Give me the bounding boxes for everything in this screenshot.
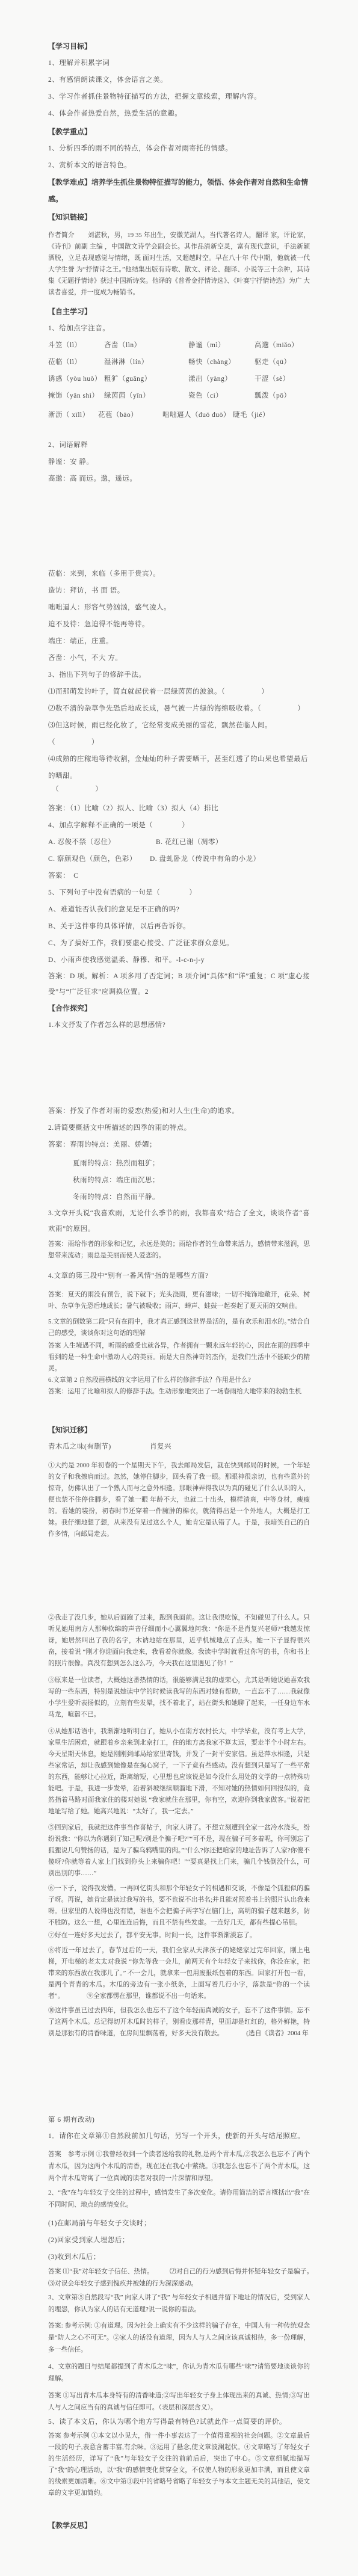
transfer-answer-3: 答案: 参考示例: ①有道理。因为社会上确实有不少这样的骗子存在，中国人有一种传… xyxy=(48,2320,310,2356)
pinyin-row-1-col-3: 静谧（mì） xyxy=(188,337,255,354)
heading-knowledge-transfer: 【知识迁移】 xyxy=(48,1422,310,1438)
passage-paragraph-7: ⑦好在一连好多天过去了，都平安无事。时间一长，这件事渐渐淡忘了。 xyxy=(48,1930,310,1941)
inquiry-answer-3: 答案：雨给作者的形象和记忆，永远是美的；雨给作者的生命带来活力，感情带来滋润，思… xyxy=(48,1239,310,1262)
question-5-option-c: C、为了搞好工作，我们要虚心接受、广泛征求群众意见。 xyxy=(48,935,310,952)
question-5-answer: 答案：D 项。解析：A 项多用了否定词；B 项介词“具体”和“详”重复；C 项“… xyxy=(48,969,310,1000)
passage-title-line-col-2: 肖复兴 xyxy=(150,1438,310,1455)
transfer-question-3: 3、文章第⑤自然段写“我” 向家人讲了“我” 与年轻女子相遇并留下地址的情况后，… xyxy=(48,2291,310,2316)
teaching-key-point-item-1: 1、分析四季的雨不同的特点，体会作者对雨寄托的情感。 xyxy=(48,140,310,157)
transfer-question-4: 4、文章的题目与结尾都提到了青木瓜之“味”，你认为青木瓜有哪些“味”?请简要地谈… xyxy=(48,2361,310,2385)
learning-goal-item-2: 2、有感情朗读课文，体会语言之美。 xyxy=(48,72,310,88)
rhetoric-sentence-4: ⑷成熟的庄稼地等待收割，金灿灿的种子需要晒干，甚至红透了的山果也希望最后的晒甜。 xyxy=(48,751,310,784)
pinyin-row-1-col-4: 高邈（miǎo） xyxy=(255,337,310,354)
pinyin-row-4-col-4: 瓢泼（pō） xyxy=(255,387,310,404)
pinyin-row-2-col-2: 湿淋淋（lín） xyxy=(104,354,188,371)
question-5-option-a: A、难道能否认我们的意见是不正确的吗? xyxy=(48,901,310,918)
pinyin-row-5-col-2: 花苞（bāo） xyxy=(98,407,162,424)
inquiry-question-4: 4.文章的第三段中“别有一番风情”指的是哪些方面? xyxy=(48,1268,310,1284)
question-4-options-ab-col-1: A. 忍俊不禁（忍住） xyxy=(48,834,156,851)
transfer-question-1: 1．请你在文章第①自然段前加几句话，另写一个开头，使新的开头与结尾照应。 xyxy=(48,2128,310,2144)
inquiry-answer-2-autumn: 秋雨的特点：端庄而沉思； xyxy=(48,1172,310,1189)
teaching-key-point-item-2: 2、赏析本文的语言特色。 xyxy=(48,157,310,174)
question-4-options-cd-col-2: D. 盘虬卧龙（传说中有角的小龙） xyxy=(150,851,310,867)
transfer-question-5: 5、读了本文后，你认为哪个地方写得最有特色?试就此作一点简要的评价。 xyxy=(48,2414,310,2430)
learning-goal-item-4: 4、体会作者热爱自然，热爱生活的意趣。 xyxy=(48,105,310,122)
pinyin-row-2-col-3: 畅快（chàng） xyxy=(188,354,255,371)
transfer-answer-4: 答案 ①写出青木瓜本身特有的清香味道;②写出年轻女子身上体现出来的真诚、热情;③… xyxy=(48,2390,310,2414)
question-4-options-cd: C. 察颜观色（颜色，色彩）D. 盘虬卧龙（传说中有角的小龙） xyxy=(48,851,310,867)
heading-self-study: 【自主学习】 xyxy=(48,303,310,320)
pinyin-row-4-col-3: 瓷色（cí） xyxy=(188,387,255,404)
inquiry-answer-6: 答案：运用了比喻和拟人的修辞手法。生动形象地突出了一场春雨给大地带来的勃勃生机 xyxy=(48,1386,310,1397)
question-5-option-b: B、关于这件事的具体详情，以后再告诉你。 xyxy=(48,918,310,935)
rhetoric-sentence-1: ⑴而那萌发的叶子，简直就起伏着一层绿茵茵的波浪。（ ） xyxy=(48,683,310,700)
passage-title-line-col-1: 青木瓜之味(有删节) xyxy=(48,1438,150,1455)
pinyin-row-2: 莅临（lì）湿淋淋（lín）畅快（chàng）驱走（qū） xyxy=(48,354,310,371)
transfer-question-2-sub-1: (1)在邮局前与年轻女子交谈时； xyxy=(48,2215,310,2232)
question-4-title: 4、加点字解释不正确的一项是（ ） xyxy=(48,817,310,834)
pinyin-row-4-col-2: 绿茵茵（yīn） xyxy=(104,387,188,404)
rhetoric-sentence-2: ⑵数不清的杂草争先恐后地成长成，暑气被一片绿的海绵吸收着。（ ） xyxy=(48,700,310,717)
definition-duoduobiren: 咄咄逼人：形容气势汹汹，盛气凌人。 xyxy=(48,599,310,616)
learning-goal-item-3: 3、学习作者抓住景物特征描写的方法，把握文章线索，理解内容。 xyxy=(48,88,310,105)
rhetoric-sentence-3: ⑶但这时候，雨已经化妆了，它经常变成美丽的雪花，飘然莅临人间。（ ） xyxy=(48,717,310,751)
task-3-rhetoric-title: 3、指出下列句子的修辞手法。 xyxy=(48,667,310,683)
pinyin-row-1: 斗笠（lì）吝啬（lìn）静谧（mì）高邈（miǎo） xyxy=(48,337,310,354)
heading-knowledge-link: 【知识链接】 xyxy=(48,209,310,226)
definition-linse: 吝啬：小气，不大 方。 xyxy=(48,650,310,667)
pinyin-row-4-col-1: 掩饰（yǎn shì） xyxy=(48,387,104,404)
author-intro-paragraph: 作者简介 刘湛秋，男，19 35 年出生，安徽芜湖人，当代著名诗人，翻译 家，评… xyxy=(48,230,310,298)
passage-paragraph-10: ⑩这件事虽已过去四年，但我怎么也忘不了这个年轻而真诚的女子，忘不了这件事情。忘不… xyxy=(48,2005,310,2039)
passage-paragraph-1: ①大约是 2000 年初春的一个星期天下午，我去邮局发信，就在快到邮局的时候，一… xyxy=(48,1460,310,1540)
transfer-answer-1: 答案 参考示例 ①我曾经收到一个读者送给我的礼物,是两个青木瓜,②我怎么也忘不了… xyxy=(48,2148,310,2184)
heading-cooperative-inquiry: 【合作探究】 xyxy=(48,1000,310,1017)
definition-pobujidai: 迫不及待：急迫得不能再等待。 xyxy=(48,616,310,633)
inquiry-answer-5: 答案 人生境遇不同，听雨的感受也就各异，作者拥有一颗永远年轻的心，因此在雨的四季… xyxy=(48,1340,310,1375)
passage-source-note: 第 6 期有改动) xyxy=(48,2112,310,2128)
pinyin-row-5-col-3: 咄咄逼人（duō duō） xyxy=(162,407,233,424)
question-4-options-cd-col-1: C. 察颜观色（颜色，色彩） xyxy=(48,851,150,867)
passage-title-line: 青木瓜之味(有删节)肖复兴 xyxy=(48,1438,310,1455)
transfer-question-2-sub-3: (3)收到木瓜后； xyxy=(48,2249,310,2266)
pinyin-row-1-col-1: 斗笠（lì） xyxy=(48,337,104,354)
inquiry-answer-2-summer: 夏雨的特点：热烈而粗犷； xyxy=(48,1155,310,1172)
question-4-options-ab: A. 忍俊不禁（忍住）B. 花红已谢（凋零） xyxy=(48,834,310,851)
pinyin-row-2-col-1: 莅临（lì） xyxy=(48,354,104,371)
inquiry-question-5: 5.文章的倒数第二段“只有在雨中，我才真正感到这世界是活的，是有欢乐和泪水的。”… xyxy=(48,1316,310,1339)
pinyin-row-1-col-2: 吝啬（lìn） xyxy=(104,337,188,354)
heading-learning-goals: 【学习目标】 xyxy=(48,38,310,55)
passage-paragraph-3: ③原来是一位读者，大概她这番热情的话，很能够满足我的虚荣心，尤其是听她说她喜欢我… xyxy=(48,1675,310,1721)
inquiry-question-1: 1.本文抒发了作者怎么样的思想感情? xyxy=(48,1017,310,1034)
inquiry-answer-2-spring: 答案：春雨的特点：美丽、娇媚； xyxy=(48,1136,310,1153)
pinyin-row-5-col-1: 淅沥（ xīlì） xyxy=(48,407,98,424)
transfer-answer-5: 答案 参考示例 ①本文以小见大，借一件小事表达了一个值得重视的社会问题。②文章最… xyxy=(48,2430,310,2499)
task-2-definitions-title: 2、词语解释 xyxy=(48,437,310,454)
inquiry-question-2: 2.请简要概括文中所描述的四季的雨的特点。 xyxy=(48,1120,310,1136)
question-5-option-d: D、小雨声使我感觉温柔、静穆、和平。-l-c-n-j-y xyxy=(48,952,310,969)
passage-paragraph-2: ②我走了没几步，她从后面跑了过来，跑到我面前。这让我很吃惊，不知碰见了什么人。只… xyxy=(48,1612,310,1669)
inquiry-answer-1: 答案：抒发了作者对雨的爱恋(热爱)和对人生(生命)的追求。 xyxy=(48,1103,310,1120)
definition-duanzhuang: 端庄：端正，庄重。 xyxy=(48,633,310,650)
question-5-title: 5、下列句子中没有语病的一句是（ ） xyxy=(48,884,310,901)
definition-zaofang: 造访：拜访，书 面 语。 xyxy=(48,582,310,599)
pinyin-row-4: 掩饰（yǎn shì）绿茵茵（yīn）瓷色（cí）瓢泼（pō） xyxy=(48,387,310,404)
pinyin-row-5-col-4: 睫毛（jié） xyxy=(233,407,310,424)
transfer-question-2-sub-2: (2)回家受到家人埋怨后； xyxy=(48,2232,310,2249)
learning-goal-item-1: 1、理解并积累字词 xyxy=(48,55,310,72)
definition-lilin: 莅临：来到，来临（多用于贵宾）。 xyxy=(48,565,310,582)
transfer-answer-2: 答案 ⑴“我”对年轻女子信任、热情。 ⑵对自己的行为感到后悔并怀疑年轻女子是骗子… xyxy=(48,2266,310,2290)
inquiry-answer-4: 答案：夏天的雨没有预告，说下就下；光头浇雨，更有滋味；一切不掩饰地敞开，花朵、树… xyxy=(48,1289,310,1312)
teaching-difficulty-line: 【教学难点】培养学生抓住景物特征描写的能力，领悟、体会作者对自然和生命情感。 xyxy=(48,174,310,208)
task-1-pinyin-title: 1、给加点字注音。 xyxy=(48,320,310,337)
pinyin-row-3-col-2: 粗犷（guǎng） xyxy=(104,371,188,387)
passage-paragraph-6: ⑥一下子，说得我发懵。一再回忆街头和那个年轻女子的相遇和交谈，不像是个狐狸似的骗… xyxy=(48,1883,310,1929)
inquiry-answer-2-winter: 冬雨的特点：自然而平静。 xyxy=(48,1189,310,1206)
document-page: 【学习目标】1、理解并积累字词2、有感情朗读课文，体会语言之美。3、学习作者抓住… xyxy=(0,0,358,2576)
passage-paragraph-8: ⑧将近一年过去了，春节过后的一天，我们全家从天津孩子的姥姥家过完年回家，刚上电梯… xyxy=(48,1945,310,2002)
question-4-answer: 答案： C xyxy=(48,867,310,884)
definition-jingmi: 静谧：安 静。 xyxy=(48,454,310,470)
pinyin-row-2-col-4: 驱走（qū） xyxy=(255,354,310,371)
inquiry-question-3: 3.文章开头说“我喜欢雨，无论什么季节的雨，我都喜欢”结合了全文，谈谈作者“喜欢… xyxy=(48,1206,310,1237)
question-4-options-ab-col-2: B. 花红已谢（凋零） xyxy=(156,834,310,851)
pinyin-row-3-col-1: 诱惑（yòu huò） xyxy=(48,371,104,387)
rhetoric-sentence-4-blank: （ ） xyxy=(48,781,310,798)
definition-gaomiao: 高邈：高 而远。邈，遥远。 xyxy=(48,470,310,487)
heading-teaching-key-points: 【教学重点】 xyxy=(48,123,310,140)
passage-paragraph-5: ⑤回到家后，我就把这件事当作喜帖子，向家人讲了。不想立刻遭到全家一盆冷水浇头，纷… xyxy=(48,1822,310,1879)
rhetoric-answer: 答案：（1）比喻（2）拟人、比喻（3）拟人（4）排比 xyxy=(48,800,310,817)
transfer-question-2: 2、“我”在与年轻女子交往的过程中，感情发生了多次变化。请你用简洁的语言概括出“… xyxy=(48,2187,310,2211)
pinyin-row-5: 淅沥（ xīlì）花苞（bāo）咄咄逼人（duō duō）睫毛（jié） xyxy=(48,407,310,424)
pinyin-row-3-col-3: 漾出（yàng） xyxy=(188,371,255,387)
passage-paragraph-4: ④从她那话语中，我渐渐地听明白了，她从小在南方农村长大，中学毕业，没有考上大学，… xyxy=(48,1726,310,1817)
pinyin-row-3: 诱惑（yòu huò）粗犷（guǎng）漾出（yàng）干涩（sè） xyxy=(48,371,310,387)
inquiry-question-6: 6.文章第 2 自然段画横线的文字运用了什么样的修辞手法？作用是什么? xyxy=(48,1375,310,1386)
pinyin-row-3-col-4: 干涩（sè） xyxy=(255,371,310,387)
